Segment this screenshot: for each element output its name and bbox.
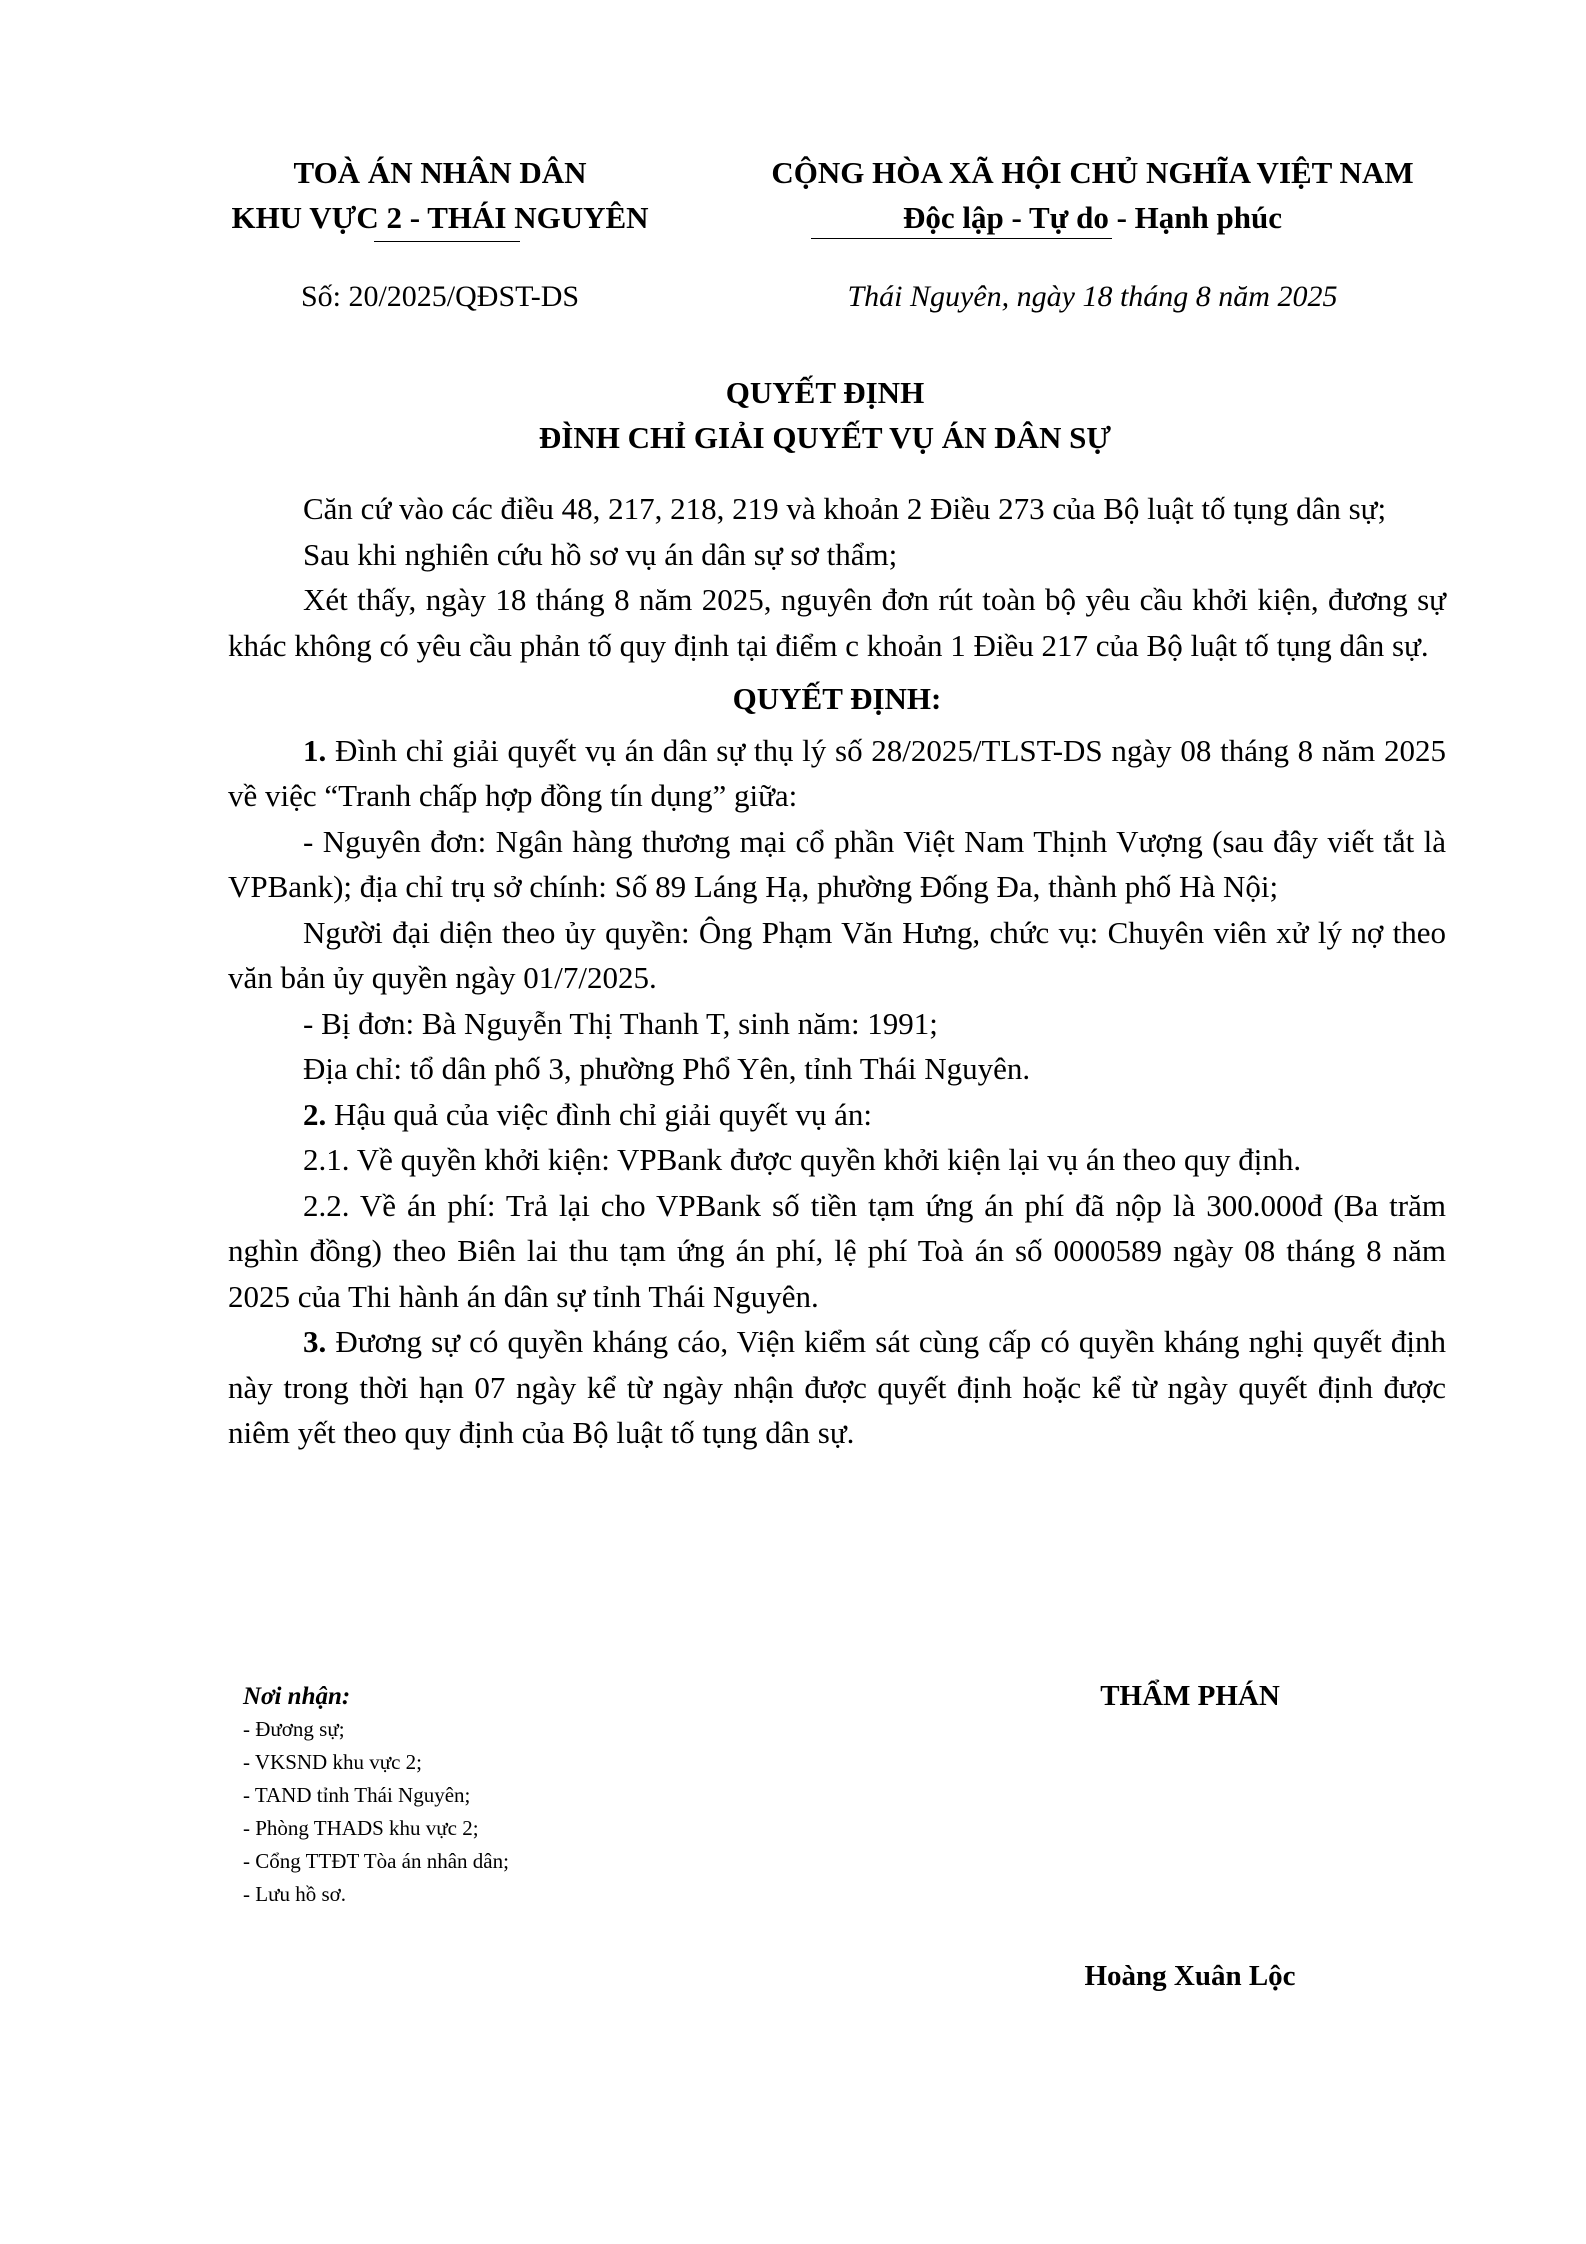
court-region: KHU VỰC 2 - THÁI NGUYÊN <box>180 195 700 240</box>
signer-name: Hoàng Xuân Lộc <box>1000 1960 1380 1993</box>
decision-item-2-2: 2.2. Về án phí: Trả lại cho VPBank số ti… <box>228 1183 1446 1320</box>
item-2-number: 2. <box>303 1097 326 1132</box>
defendant-address: Địa chỉ: tổ dân phố 3, phường Phổ Yên, t… <box>228 1046 1446 1092</box>
decision-item-3: 3. Đương sự có quyền kháng cáo, Viện kiể… <box>228 1319 1446 1456</box>
preamble-legal-basis: Căn cứ vào các điều 48, 217, 218, 219 và… <box>228 486 1446 532</box>
decision-item-2: 2. Hậu quả của việc đình chỉ giải quyết … <box>228 1092 1446 1138</box>
plaintiff: - Nguyên đơn: Ngân hàng thương mại cổ ph… <box>228 819 1446 910</box>
court-header-rule <box>374 241 520 242</box>
preamble-finding: Xét thấy, ngày 18 tháng 8 năm 2025, nguy… <box>228 577 1446 668</box>
document-number: Số: 20/2025/QĐST-DS <box>180 280 700 314</box>
recipient-item: - TAND tỉnh Thái Nguyên; <box>243 1779 509 1812</box>
recipient-item: - Đương sự; <box>243 1713 509 1746</box>
item-3-text: Đương sự có quyền kháng cáo, Viện kiểm s… <box>228 1324 1446 1450</box>
defendant: - Bị đơn: Bà Nguyễn Thị Thanh T, sinh nă… <box>228 1001 1446 1047</box>
title-line-1: QUYẾT ĐỊNH <box>200 370 1450 415</box>
document-body: Căn cứ vào các điều 48, 217, 218, 219 và… <box>228 486 1446 1456</box>
court-name: TOÀ ÁN NHÂN DÂN <box>180 150 700 195</box>
decision-item-1: 1. Đình chỉ giải quyết vụ án dân sự thụ … <box>228 728 1446 819</box>
decision-heading: QUYẾT ĐỊNH: <box>228 676 1446 722</box>
place-date: Thái Nguyên, ngày 18 tháng 8 năm 2025 <box>705 280 1480 314</box>
preamble-review: Sau khi nghiên cứu hồ sơ vụ án dân sự sơ… <box>228 532 1446 578</box>
national-header: CỘNG HÒA XÃ HỘI CHỦ NGHĨA VIỆT NAM Độc l… <box>705 150 1480 240</box>
recipient-item: - Phòng THADS khu vực 2; <box>243 1812 509 1845</box>
item-2-text: Hậu quả của việc đình chỉ giải quyết vụ … <box>326 1097 872 1132</box>
decision-item-2-1: 2.1. Về quyền khởi kiện: VPBank được quy… <box>228 1137 1446 1183</box>
item-1-text: Đình chỉ giải quyết vụ án dân sự thụ lý … <box>228 733 1446 814</box>
national-title: CỘNG HÒA XÃ HỘI CHỦ NGHĨA VIỆT NAM <box>705 150 1480 195</box>
court-header: TOÀ ÁN NHÂN DÂN KHU VỰC 2 - THÁI NGUYÊN <box>180 150 700 240</box>
item-3-number: 3. <box>303 1324 326 1359</box>
recipient-item: - Cổng TTĐT Tòa án nhân dân; <box>243 1845 509 1878</box>
recipients-label: Nơi nhận: <box>243 1680 509 1713</box>
national-motto-rule <box>811 238 1112 239</box>
recipients-block: Nơi nhận: - Đương sự; - VKSND khu vực 2;… <box>243 1680 509 1911</box>
recipient-item: - Lưu hồ sơ. <box>243 1878 509 1911</box>
title-line-2: ĐÌNH CHỈ GIẢI QUYẾT VỤ ÁN DÂN SỰ <box>200 415 1450 460</box>
item-1-number: 1. <box>303 733 326 768</box>
national-motto: Độc lập - Tự do - Hạnh phúc <box>705 195 1480 240</box>
signer-title: THẨM PHÁN <box>1000 1680 1380 1713</box>
recipient-item: - VKSND khu vực 2; <box>243 1746 509 1779</box>
representative: Người đại diện theo ủy quyền: Ông Phạm V… <box>228 910 1446 1001</box>
document-title: QUYẾT ĐỊNH ĐÌNH CHỈ GIẢI QUYẾT VỤ ÁN DÂN… <box>200 370 1450 460</box>
